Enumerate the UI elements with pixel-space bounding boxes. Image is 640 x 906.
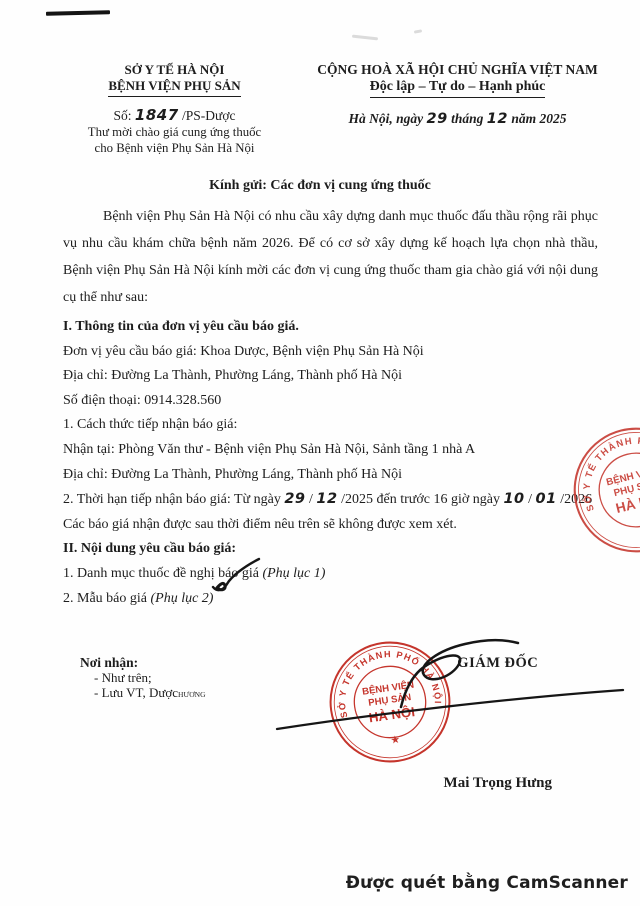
issuer-org-wrap: BỆNH VIỆN PHỤ SẢN [52,78,297,97]
national-header-block: CỘNG HOÀ XÃ HỘI CHỦ NGHĨA VIỆT NAM Độc l… [305,62,610,156]
deadline-mid: /2025 đến trước 16 giờ ngày [341,492,500,507]
date-prefix: Hà Nội, ngày [349,111,424,126]
letter-header: SỞ Y TẾ HÀ NỘI BỆNH VIỆN PHỤ SẢN Số: 184… [0,0,640,156]
deadline-prefix: 2. Thời hạn tiếp nhận báo giá: Từ ngày [63,492,281,507]
camscanner-watermark: Được quét bằng CamScanner [346,873,628,893]
recipient-item: - Lưu VT, DượcHƯƠNG [94,686,206,703]
late-note-line: Các báo giá nhận được sau thời điểm nêu … [63,513,598,538]
scanned-letter-page: SỞ Y TẾ HÀ NỘI BỆNH VIỆN PHỤ SẢN Số: 184… [0,0,640,906]
national-motto-line2: Độc lập – Tự do – Hạnh phúc [370,79,546,98]
letter-body: I. Thông tin của đơn vị yêu cầu báo giá.… [63,315,598,611]
national-motto-line1: CỘNG HOÀ XÃ HỘI CHỦ NGHĨA VIỆT NAM [305,62,610,78]
handwritten-paraph [210,556,262,594]
national-motto-line2-wrap: Độc lập – Tự do – Hạnh phúc [305,78,610,98]
date-line: Hà Nội, ngày 29 tháng 12 năm 2025 [305,111,610,127]
issuer-block: SỞ Y TẾ HÀ NỘI BỆNH VIỆN PHỤ SẢN Số: 184… [52,62,297,156]
intro-paragraph: Bệnh viện Phụ Sản Hà Nội có nhu cầu xây … [63,203,598,311]
recipient-item: - Như trên; [94,671,206,686]
appendix-2-text: 2. Mẫu báo giá [63,591,147,606]
document-number: Số: 1847 /PS-Dược [52,106,297,124]
address-line-2: Địa chỉ: Đường La Thành, Phường Láng, Th… [63,463,598,488]
date-month-handwritten: 12 [487,111,508,127]
recipient-text: - Lưu VT, Dược [94,685,178,700]
recipient-initials: HƯƠNG [178,690,205,699]
deadline-line: 2. Thời hạn tiếp nhận báo giá: Từ ngày 2… [63,487,598,513]
appendix-2-ref: (Phụ lục 2) [150,591,213,606]
subject-line-2: cho Bệnh viện Phụ Sản Hà Nội [52,141,297,156]
salutation: Kính gửi: Các đơn vị cung ứng thuốc [0,178,640,194]
deadline-sep1: / [309,492,313,507]
issuer-agency: SỞ Y TẾ HÀ NỘI [52,62,297,78]
section-2-title: II. Nội dung yêu cầu báo giá: [63,537,598,562]
receive-at-line: Nhận tại: Phòng Văn thư - Bệnh viện Phụ … [63,438,598,463]
director-signature [255,628,640,793]
recipients-block: Nơi nhận: - Như trên; - Lưu VT, DượcHƯƠN… [80,655,206,792]
appendix-2-line: 2. Mẫu báo giá (Phụ lục 2) [63,587,598,612]
date-mid: tháng [451,111,483,126]
section-1-title: I. Thông tin của đơn vị yêu cầu báo giá. [63,315,598,340]
document-number-prefix: Số: [114,108,132,123]
phone-line: Số điện thoại: 0914.328.560 [63,389,598,414]
address-line-1: Địa chỉ: Đường La Thành, Phường Láng, Th… [63,364,598,389]
deadline-month2-handwritten: 01 [536,491,557,507]
deadline-day1-handwritten: 29 [284,491,305,507]
recipients-title: Nơi nhận: [80,655,206,671]
appendix-1-ref: (Phụ lục 1) [262,566,325,581]
subject-line-1: Thư mời chào giá cung ứng thuốc [52,125,297,140]
deadline-sep2: / [528,492,532,507]
date-day-handwritten: 29 [427,111,448,127]
deadline-day2-handwritten: 10 [503,491,524,507]
method-title: 1. Cách thức tiếp nhận báo giá: [63,413,598,438]
document-number-suffix: /PS-Dược [182,108,235,123]
issuer-org: BỆNH VIỆN PHỤ SẢN [108,78,240,97]
deadline-month1-handwritten: 12 [316,491,337,507]
document-number-handwritten: 1847 [135,106,179,124]
unit-line: Đơn vị yêu cầu báo giá: Khoa Dược, Bệnh … [63,340,598,365]
appendix-1-line: 1. Danh mục thuốc đề nghị báo giá (Phụ l… [63,562,598,587]
date-suffix: năm 2025 [511,111,566,126]
